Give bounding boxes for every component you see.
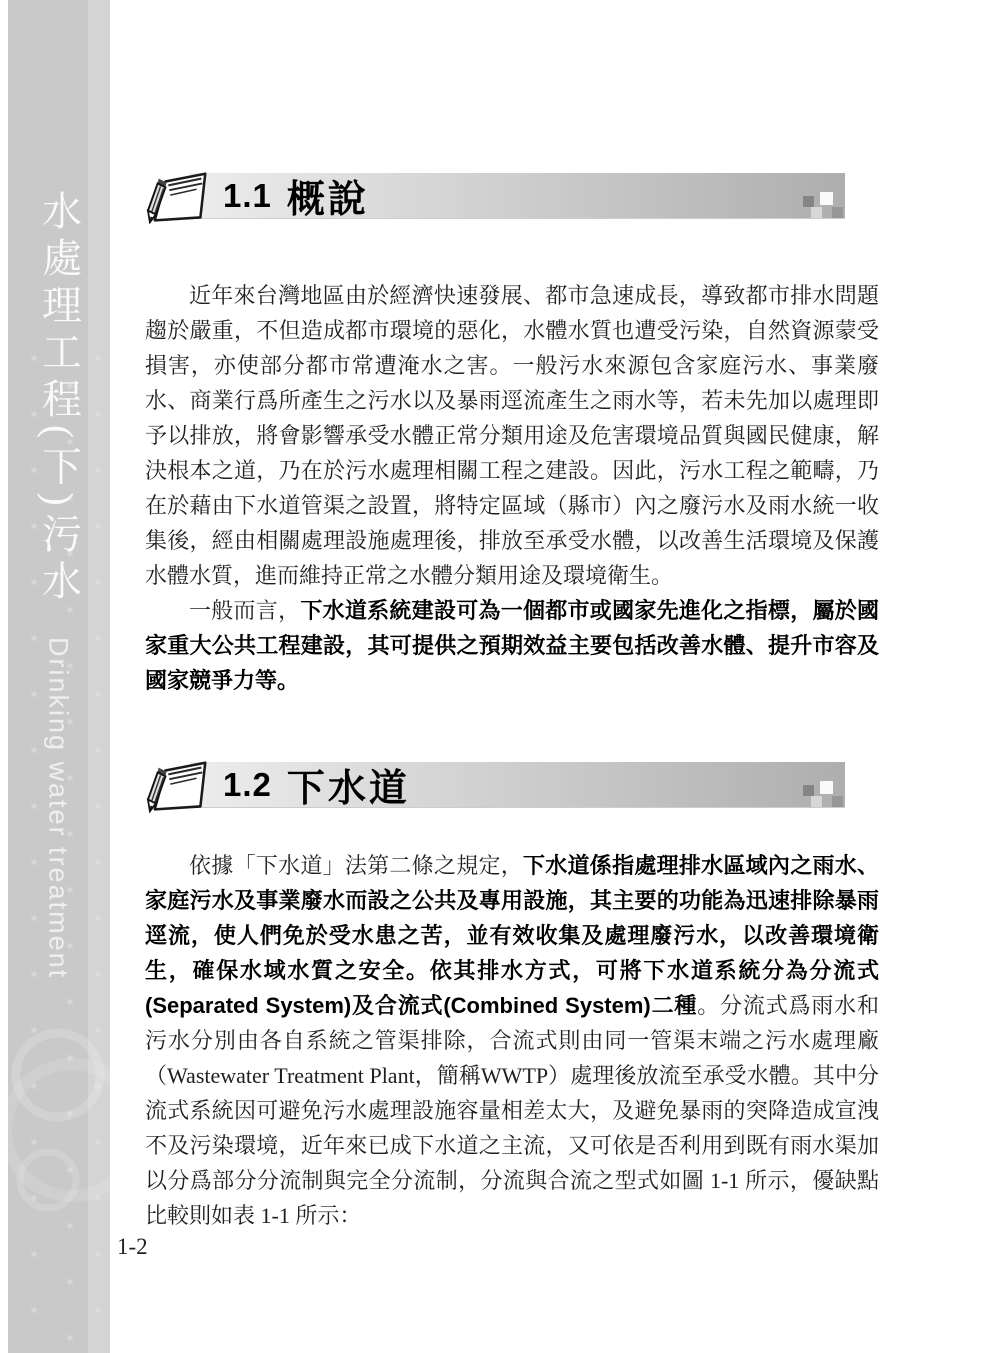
spine-title: 水處理工程(下)污水 Drinking water treatment [31, 190, 88, 979]
paragraph: 依據「下水道」法第二條之規定，下水道係指處理排水區域內之雨水、家庭污水及事業廢水… [145, 848, 879, 1233]
page-number: 1-2 [117, 1234, 148, 1260]
text-run: 。分流式爲雨水和污水分別由各自系統之管渠排除，合流式則由同一管渠末端之污水處理廠… [145, 993, 879, 1228]
section-1-1-body: 近年來台灣地區由於經濟快速發展、都市急速成長，導致都市排水問題趨於嚴重，不但造成… [145, 278, 879, 698]
section-title: 概說 [287, 168, 369, 223]
section-1-1-header: 1.1 概說 [145, 170, 878, 222]
notepad-pencil-icon [146, 757, 214, 817]
section-1-2-header: 1.2 下水道 [145, 759, 878, 811]
section-title: 下水道 [287, 757, 410, 812]
notepad-pencil-icon [146, 168, 214, 228]
spine-title-english: Drinking water treatment [44, 637, 74, 979]
spine-title-chinese: 水處理工程(下)污水 [37, 190, 82, 607]
paragraph: 近年來台灣地區由於經濟快速發展、都市急速成長，導致都市排水問題趨於嚴重，不但造成… [145, 278, 879, 593]
section-1-2-body: 依據「下水道」法第二條之規定，下水道係指處理排水區域內之雨水、家庭污水及事業廢水… [145, 848, 879, 1233]
text-run: 近年來台灣地區由於經濟快速發展、都市急速成長，導致都市排水問題趨於嚴重，不但造成… [145, 283, 879, 588]
section-heading: 1.2 下水道 [223, 762, 410, 807]
section-number: 1.1 [223, 177, 272, 215]
text-run: 依據「下水道」法第二條之規定， [189, 853, 523, 878]
section-heading: 1.1 概說 [223, 173, 369, 218]
sidebar-spine: 水處理工程(下)污水 Drinking water treatment [8, 0, 110, 1353]
text-run: 一般而言， [189, 598, 300, 623]
section-number: 1.2 [223, 766, 272, 804]
book-page: 水處理工程(下)污水 Drinking water treatment 1.1 … [0, 0, 1000, 1353]
paragraph: 一般而言，下水道系統建設可為一個都市或國家先進化之指標，屬於國家重大公共工程建設… [145, 593, 879, 698]
